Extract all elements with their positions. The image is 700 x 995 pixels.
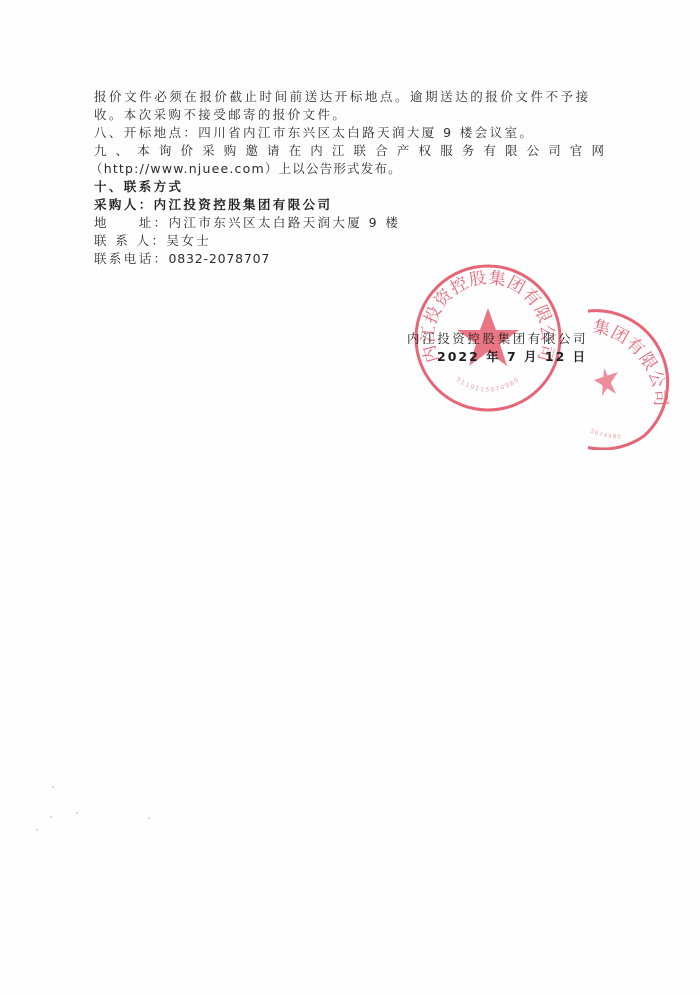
scan-speck bbox=[148, 817, 150, 819]
partial-seal-stamp: 集团有限公司 5074980 bbox=[588, 300, 700, 450]
star-icon bbox=[594, 368, 618, 396]
signature-company: 内江投资控股集团有限公司 bbox=[407, 329, 588, 347]
scan-speck bbox=[36, 829, 38, 831]
section-9-publication: 九、本询价采购邀请在内江联合产权服务有限公司官网 bbox=[94, 142, 604, 160]
scan-speck bbox=[52, 786, 54, 788]
purchaser-label: 采购人： bbox=[94, 197, 154, 212]
publication-url-line: （http://www.njuee.com）上以公告形式发布。 bbox=[90, 160, 402, 178]
svg-text:5074980: 5074980 bbox=[589, 428, 622, 440]
address-value: 内江市东兴区太白路天润大厦 9 楼 bbox=[169, 215, 401, 230]
contact-person-value: 吴女士 bbox=[166, 233, 211, 248]
scan-speck bbox=[50, 816, 52, 818]
phone-value: 0832-2078707 bbox=[169, 251, 271, 266]
address-row: 地 址：内江市东兴区太白路天润大厦 9 楼 bbox=[94, 214, 400, 232]
section-8-venue: 八、开标地点：四川省内江市东兴区太白路天润大厦 9 楼会议室。 bbox=[94, 124, 534, 142]
scan-speck bbox=[76, 812, 78, 814]
body-line-2: 收。本次采购不接受邮寄的报价文件。 bbox=[94, 106, 347, 124]
signature-date: 2022 年 7 月 12 日 bbox=[437, 347, 587, 365]
body-line-1: 报价文件必须在报价截止时间前送达开标地点。逾期送达的报价文件不予接 bbox=[94, 88, 591, 106]
address-label: 地 址： bbox=[94, 215, 169, 230]
section-10-heading: 十、联系方式 bbox=[94, 178, 183, 196]
purchaser-row: 采购人：内江投资控股集团有限公司 bbox=[94, 196, 332, 214]
contact-person-row: 联 系 人：吴女士 bbox=[94, 232, 211, 250]
contact-person-label: 联 系 人： bbox=[94, 233, 166, 248]
phone-row: 联系电话：0832-2078707 bbox=[94, 250, 270, 268]
svg-text:5110115074980: 5110115074980 bbox=[455, 376, 521, 394]
phone-label: 联系电话： bbox=[94, 251, 169, 266]
document-page: 报价文件必须在报价截止时间前送达开标地点。逾期送达的报价文件不予接 收。本次采购… bbox=[0, 0, 700, 995]
purchaser-value: 内江投资控股集团有限公司 bbox=[154, 197, 333, 212]
